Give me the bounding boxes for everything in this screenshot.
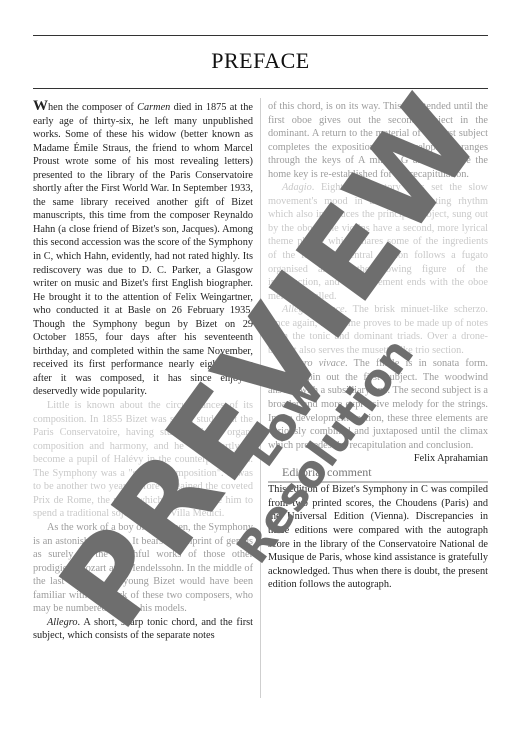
paragraph-adagio: Adagio. Eight introductory bars set the … [268,181,488,303]
paragraph-allegro: Allegro. A short, sharp tonic chord, and… [33,616,253,643]
adagio-text: . Eight introductory bars set the slow m… [268,182,488,301]
paragraph-finale: Allegro vivace. The finale is in sonata … [268,357,488,452]
paragraph-assessment: As the work of a boy of seventeen, the S… [33,521,253,616]
carmen-title: Carmen [137,102,170,113]
editorial-body: This edition of Bizet's Symphony in C wa… [268,483,488,591]
left-column: When the composer of Carmen died in 1875… [33,100,253,643]
intro-lead: hen the composer of [48,102,137,113]
paragraph-composition: Little is known about the circumstances … [33,399,253,521]
title-rule [33,88,488,89]
movement-name-finale: Allegro vivace [282,358,345,369]
top-rule [33,35,488,36]
editorial-heading: Editorial comment [268,466,488,484]
finale-text: . The finale is in sonata form. Violins … [268,358,488,450]
column-divider [260,98,261,698]
movement-name-adagio: Adagio [282,182,312,193]
page-title: PREFACE [33,48,488,74]
movement-name-allegro: Allegro [47,617,78,628]
right-column: of this chord, is on its way. This is ex… [268,100,488,592]
intro-text: died in 1875 at the early age of thirty-… [33,102,253,397]
paragraph-intro: When the composer of Carmen died in 1875… [33,100,253,399]
drop-cap: W [33,98,48,114]
paragraph-allegro-cont: of this chord, is on its way. This is ex… [268,100,488,181]
movement-name-scherzo: Allegro vivace [282,304,345,315]
paragraph-scherzo: Allegro vivace. The brisk minuet-like sc… [268,303,488,357]
author-signature: Felix Aprahamian [268,452,488,466]
